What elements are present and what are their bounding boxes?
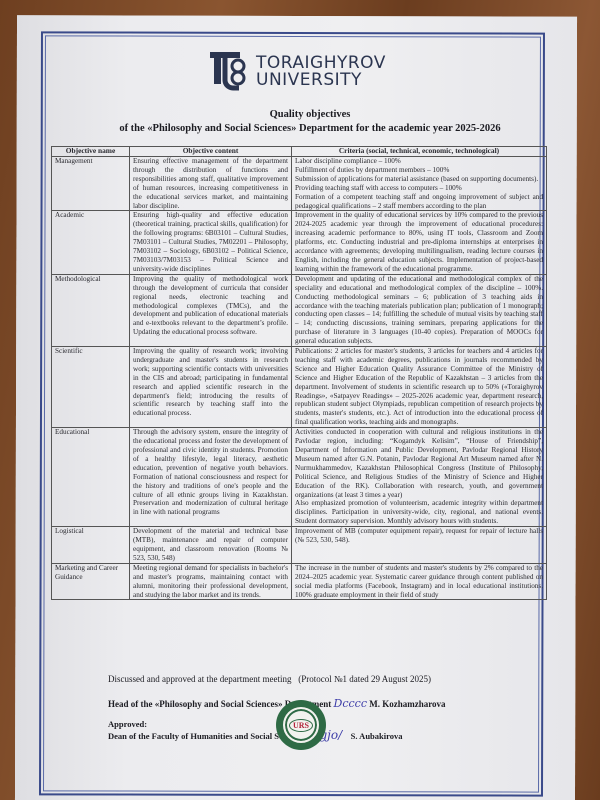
approval-statement: Discussed and approved at the department… — [108, 674, 431, 684]
dean-label: Dean of the Faculty of Humanities and So… — [108, 731, 304, 741]
document-title: Quality objectives of the «Philosophy an… — [40, 108, 580, 136]
objective-name-cell: Scientific — [52, 347, 130, 428]
objective-name-cell: Academic — [52, 211, 130, 274]
table-row: LogisticalDevelopment of the material an… — [52, 527, 547, 564]
table-row: ScientificImproving the quality of resea… — [52, 347, 547, 428]
head-name: M. Kozhamzharova — [369, 699, 445, 709]
objective-content-cell: Through the advisory system, ensure the … — [130, 428, 292, 527]
title-line-2: of the «Philosophy and Social Sciences» … — [40, 122, 580, 136]
table-row: Marketing and Career GuidanceMeeting reg… — [52, 563, 547, 600]
criteria-cell: Improvement of MB (computer equipment re… — [292, 527, 547, 564]
objective-name-cell: Management — [52, 157, 130, 211]
header-objective-name: Objective name — [52, 147, 130, 157]
head-signature-line: Head of the «Philosophy and Social Scien… — [108, 697, 446, 710]
criteria-cell: Activities conducted in cooperation with… — [292, 428, 547, 527]
objective-name-cell: Methodological — [52, 274, 130, 346]
table-row: AcademicEnsuring high-quality and effect… — [52, 211, 547, 274]
objectives-table: Objective name Objective content Criteri… — [51, 146, 547, 600]
objective-name-cell: Marketing and Career Guidance — [52, 563, 130, 600]
objective-content-cell: Ensuring high-quality and effective educ… — [130, 211, 292, 274]
dean-name: S. Aubakirova — [351, 731, 403, 741]
dean-approval: Approved: Dean of the Faculty of Humanit… — [108, 719, 402, 742]
university-emblem-icon — [208, 50, 250, 94]
university-logo: TORAIGHYROV UNIVERSITY — [208, 48, 408, 96]
stamp-text: URS — [289, 719, 313, 732]
head-signature: Dсcсс — [334, 697, 367, 710]
objective-content-cell: Development of the material and technica… — [130, 527, 292, 564]
criteria-cell: Labor discipline compliance – 100% Fulfi… — [292, 157, 547, 211]
criteria-cell: Improvement in the quality of educationa… — [292, 211, 547, 274]
iso-certification-stamp: URS — [276, 700, 326, 750]
header-criteria: Criteria (social, technical, economic, t… — [292, 147, 547, 157]
criteria-cell: Development and updating of the educatio… — [292, 274, 547, 346]
objective-content-cell: Meeting regional demand for specialists … — [130, 563, 292, 600]
discussed-text: Discussed and approved at the department… — [108, 674, 291, 684]
objective-name-cell: Logistical — [52, 527, 130, 564]
criteria-cell: Publications: 2 articles for master's st… — [292, 347, 547, 428]
objective-content-cell: Improving the quality of research work; … — [130, 347, 292, 428]
table-row: ManagementEnsuring effective management … — [52, 157, 547, 211]
title-line-1: Quality objectives — [40, 108, 580, 122]
criteria-cell: The increase in the number of students a… — [292, 563, 547, 600]
objective-content-cell: Improving the quality of methodological … — [130, 274, 292, 346]
objective-name-cell: Educational — [52, 428, 130, 527]
protocol-text: (Protocol №1 dated 29 August 2025) — [298, 674, 431, 684]
logo-line-2: UNIVERSITY — [256, 72, 386, 89]
objective-content-cell: Ensuring effective management of the dep… — [130, 157, 292, 211]
table-row: MethodologicalImproving the quality of m… — [52, 274, 547, 346]
table-row: EducationalThrough the advisory system, … — [52, 428, 547, 527]
approved-label: Approved: — [108, 719, 402, 730]
header-objective-content: Objective content — [130, 147, 292, 157]
table-header-row: Objective name Objective content Criteri… — [52, 147, 547, 157]
